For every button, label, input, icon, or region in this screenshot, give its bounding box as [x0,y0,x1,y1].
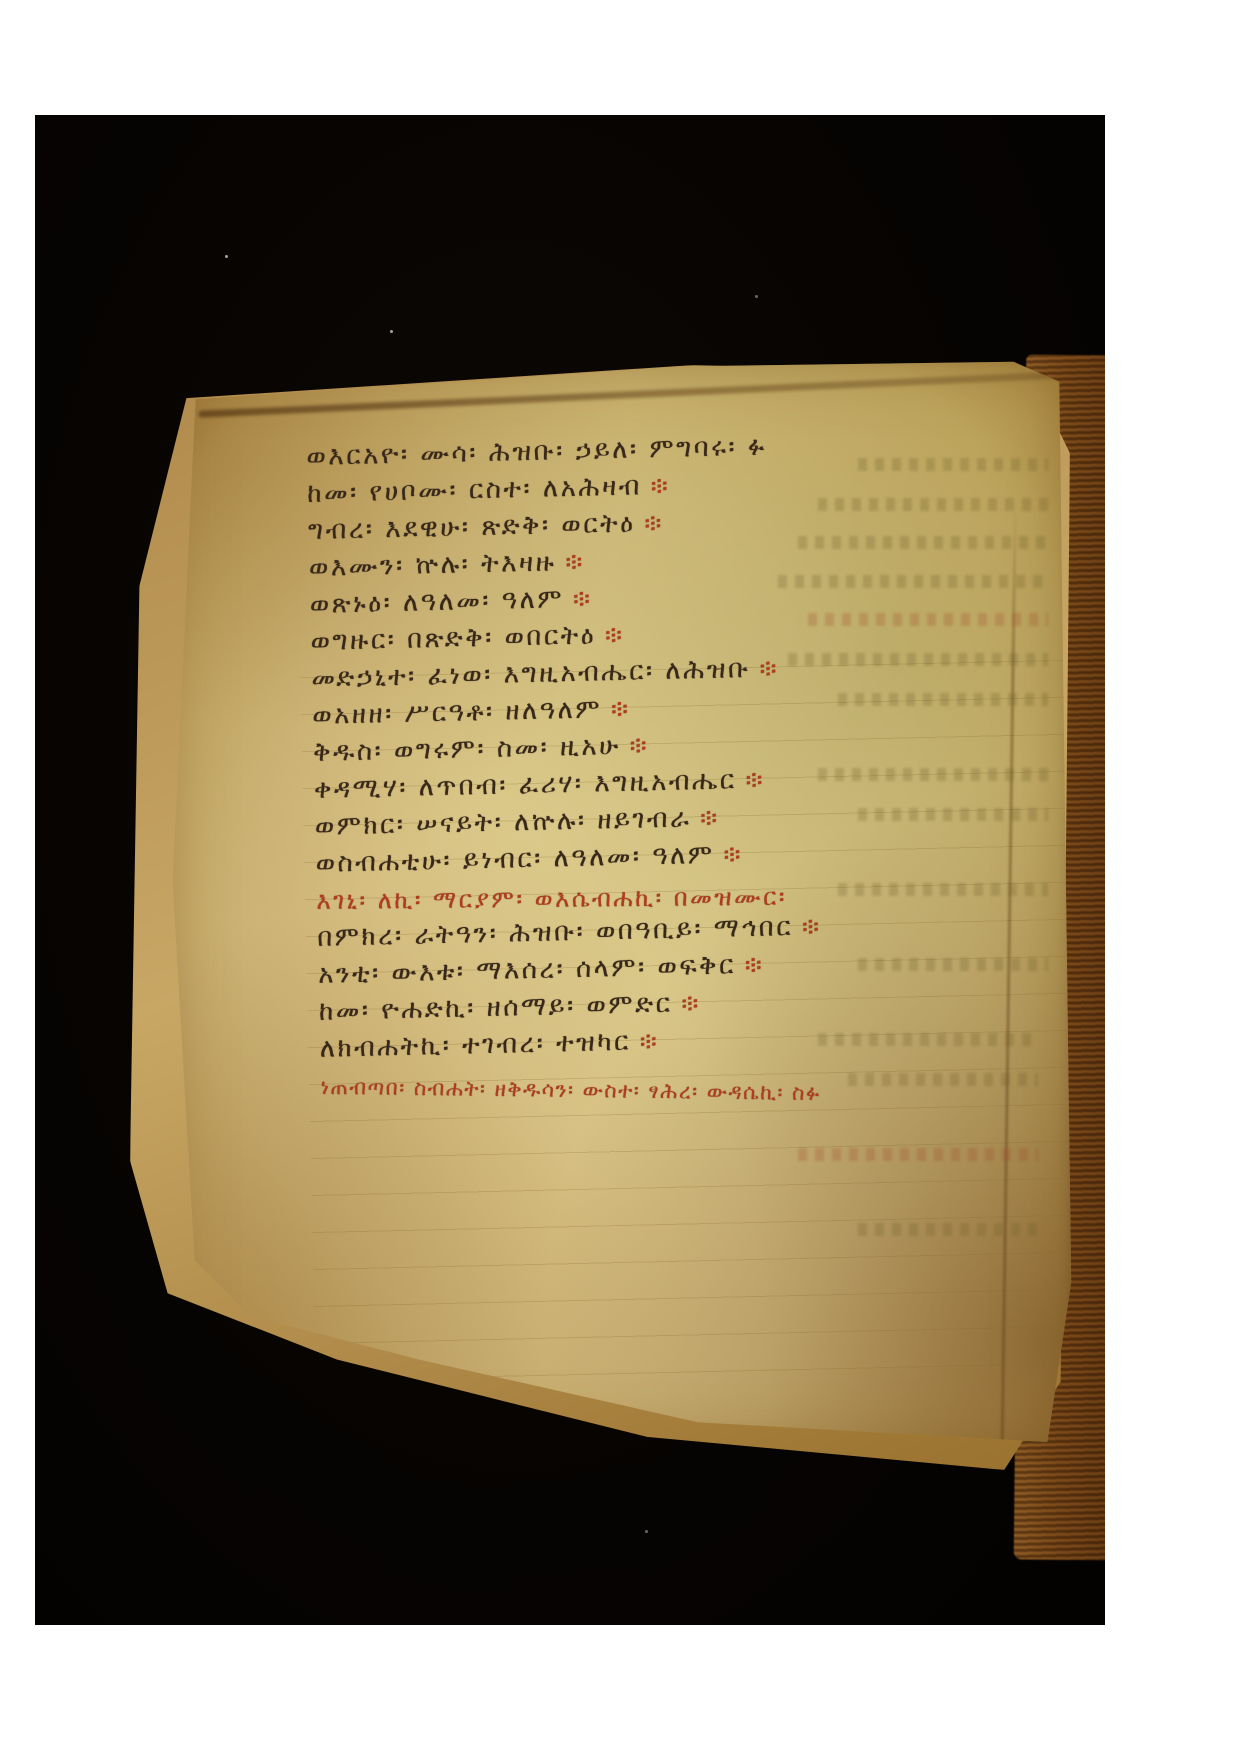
section-mark: ፨ [681,989,701,1017]
show-through-line [788,653,1048,666]
section-mark: ፨ [745,766,765,794]
show-through-line [798,1148,1038,1161]
show-through-line [798,536,1048,549]
section-mark: ፨ [611,695,631,723]
manuscript-line-text: ግብረ፡ እደዊሁ፡ ጽድቅ፡ ወርትዕ [308,509,636,546]
show-through-line [838,693,1048,706]
section-mark: ፨ [744,951,764,979]
manuscript-line-text: ከመ፡ ዮሐድኪ፡ ዘሰማይ፡ ወምድር [319,989,673,1027]
show-through-line [838,883,1048,896]
manuscript-line-text: አንቲ፡ ውእቱ፡ ማእሰረ፡ ሰላም፡ ወፍቅር [318,950,736,989]
show-through-line [858,1223,1038,1236]
show-through-line [808,613,1048,626]
show-through-line [858,808,1048,821]
manuscript-line-text: ቀዳሚሃ፡ ለጥበብ፡ ፈሪሃ፡ እግዚአብሔር [314,765,737,805]
manuscript-line-text: መድኃኒተ፡ ፈነወ፡ እግዚአብሔር፡ ለሕዝቡ [311,654,751,694]
section-mark: ፨ [605,621,625,649]
dust-speck [755,295,758,298]
section-mark: ፨ [639,1027,659,1055]
text-block: ወእርአዮ፡ ሙሳ፡ ሕዝቡ፡ ኃይለ፡ ምግባሩ፡ ፉ ከመ፡ የሀቦሙ፡ ር… [306,427,830,1104]
section-mark: ፨ [759,654,779,682]
manuscript-line-text: ወእሙን፡ ኵሉ፡ ትእዛዙ [309,547,557,583]
section-mark: ፨ [644,509,664,537]
screenshot-canvas: ወእርአዮ፡ ሙሳ፡ ሕዝቡ፡ ኃይለ፡ ምግባሩ፡ ፉ ከመ፡ የሀቦሙ፡ ር… [0,0,1238,1753]
manuscript-line-text: ወአዘዘ፡ ሥርዓቶ፡ ዘለዓለም [312,694,602,731]
manuscript-page: ወእርአዮ፡ ሙሳ፡ ሕዝቡ፡ ኃይለ፡ ምግባሩ፡ ፉ ከመ፡ የሀቦሙ፡ ር… [158,353,1073,1453]
manuscript-line-text: ነጠብጣበ፡ ስብሐት፡ ዘቅዱሳን፡ ውስተ፡ ፃሕረ፡ ውዳሴኪ፡ ስፉ [321,1075,822,1105]
manuscript-line-text: ከመ፡ የሀቦሙ፡ ርስተ፡ ለአሕዛብ [307,471,642,509]
manuscript-line-text: ወምክር፡ ሠናይት፡ ለኵሉ፡ ዘይገብራ [314,803,691,842]
manuscript-line-text: ለክብሐትኪ፡ ተገብረ፡ ተዝካር [319,1027,631,1064]
manuscript-line-text: ወግዙር፡ በጽድቅ፡ ወበርትዕ [310,620,596,656]
page-top-edge-shadow [198,371,1067,417]
show-through-line [818,1033,1038,1046]
section-mark [776,432,777,460]
show-through-line [818,498,1048,511]
dust-speck [225,255,228,258]
show-through-line [858,458,1048,471]
section-mark: ፨ [651,472,671,500]
manuscript-photo: ወእርአዮ፡ ሙሳ፡ ሕዝቡ፡ ኃይለ፡ ምግባሩ፡ ፉ ከመ፡ የሀቦሙ፡ ር… [35,115,1105,1625]
manuscript-line-text: ወስብሐቲሁ፡ ይነብር፡ ለዓለመ፡ ዓለም [315,840,715,879]
section-mark: ፨ [723,840,743,868]
manuscript-line-text: ወእርአዮ፡ ሙሳ፡ ሕዝቡ፡ ኃይለ፡ ምግባሩ፡ ፉ [306,432,767,472]
section-mark: ፨ [802,912,822,940]
section-mark: ፨ [700,804,720,832]
show-through-line [848,1073,1038,1086]
dust-speck [390,330,393,333]
section-mark: ፨ [629,731,649,759]
manuscript-line-text: ቅዱስ፡ ወግሩም፡ ስመ፡ ዚአሁ [313,731,621,768]
show-through-line [858,958,1048,971]
show-through-line [818,768,1048,781]
manuscript-line-rubric: ነጠብጣበ፡ ስብሐት፡ ዘቅዱሳን፡ ውስተ፡ ፃሕረ፡ ውዳሴኪ፡ ስፉ [320,1068,830,1111]
section-mark: ፨ [573,585,593,613]
dust-speck [645,1530,648,1533]
section-mark: ፨ [565,548,585,576]
manuscript-line-text: ወጽኑዕ፡ ለዓለመ፡ ዓለም [309,584,564,620]
